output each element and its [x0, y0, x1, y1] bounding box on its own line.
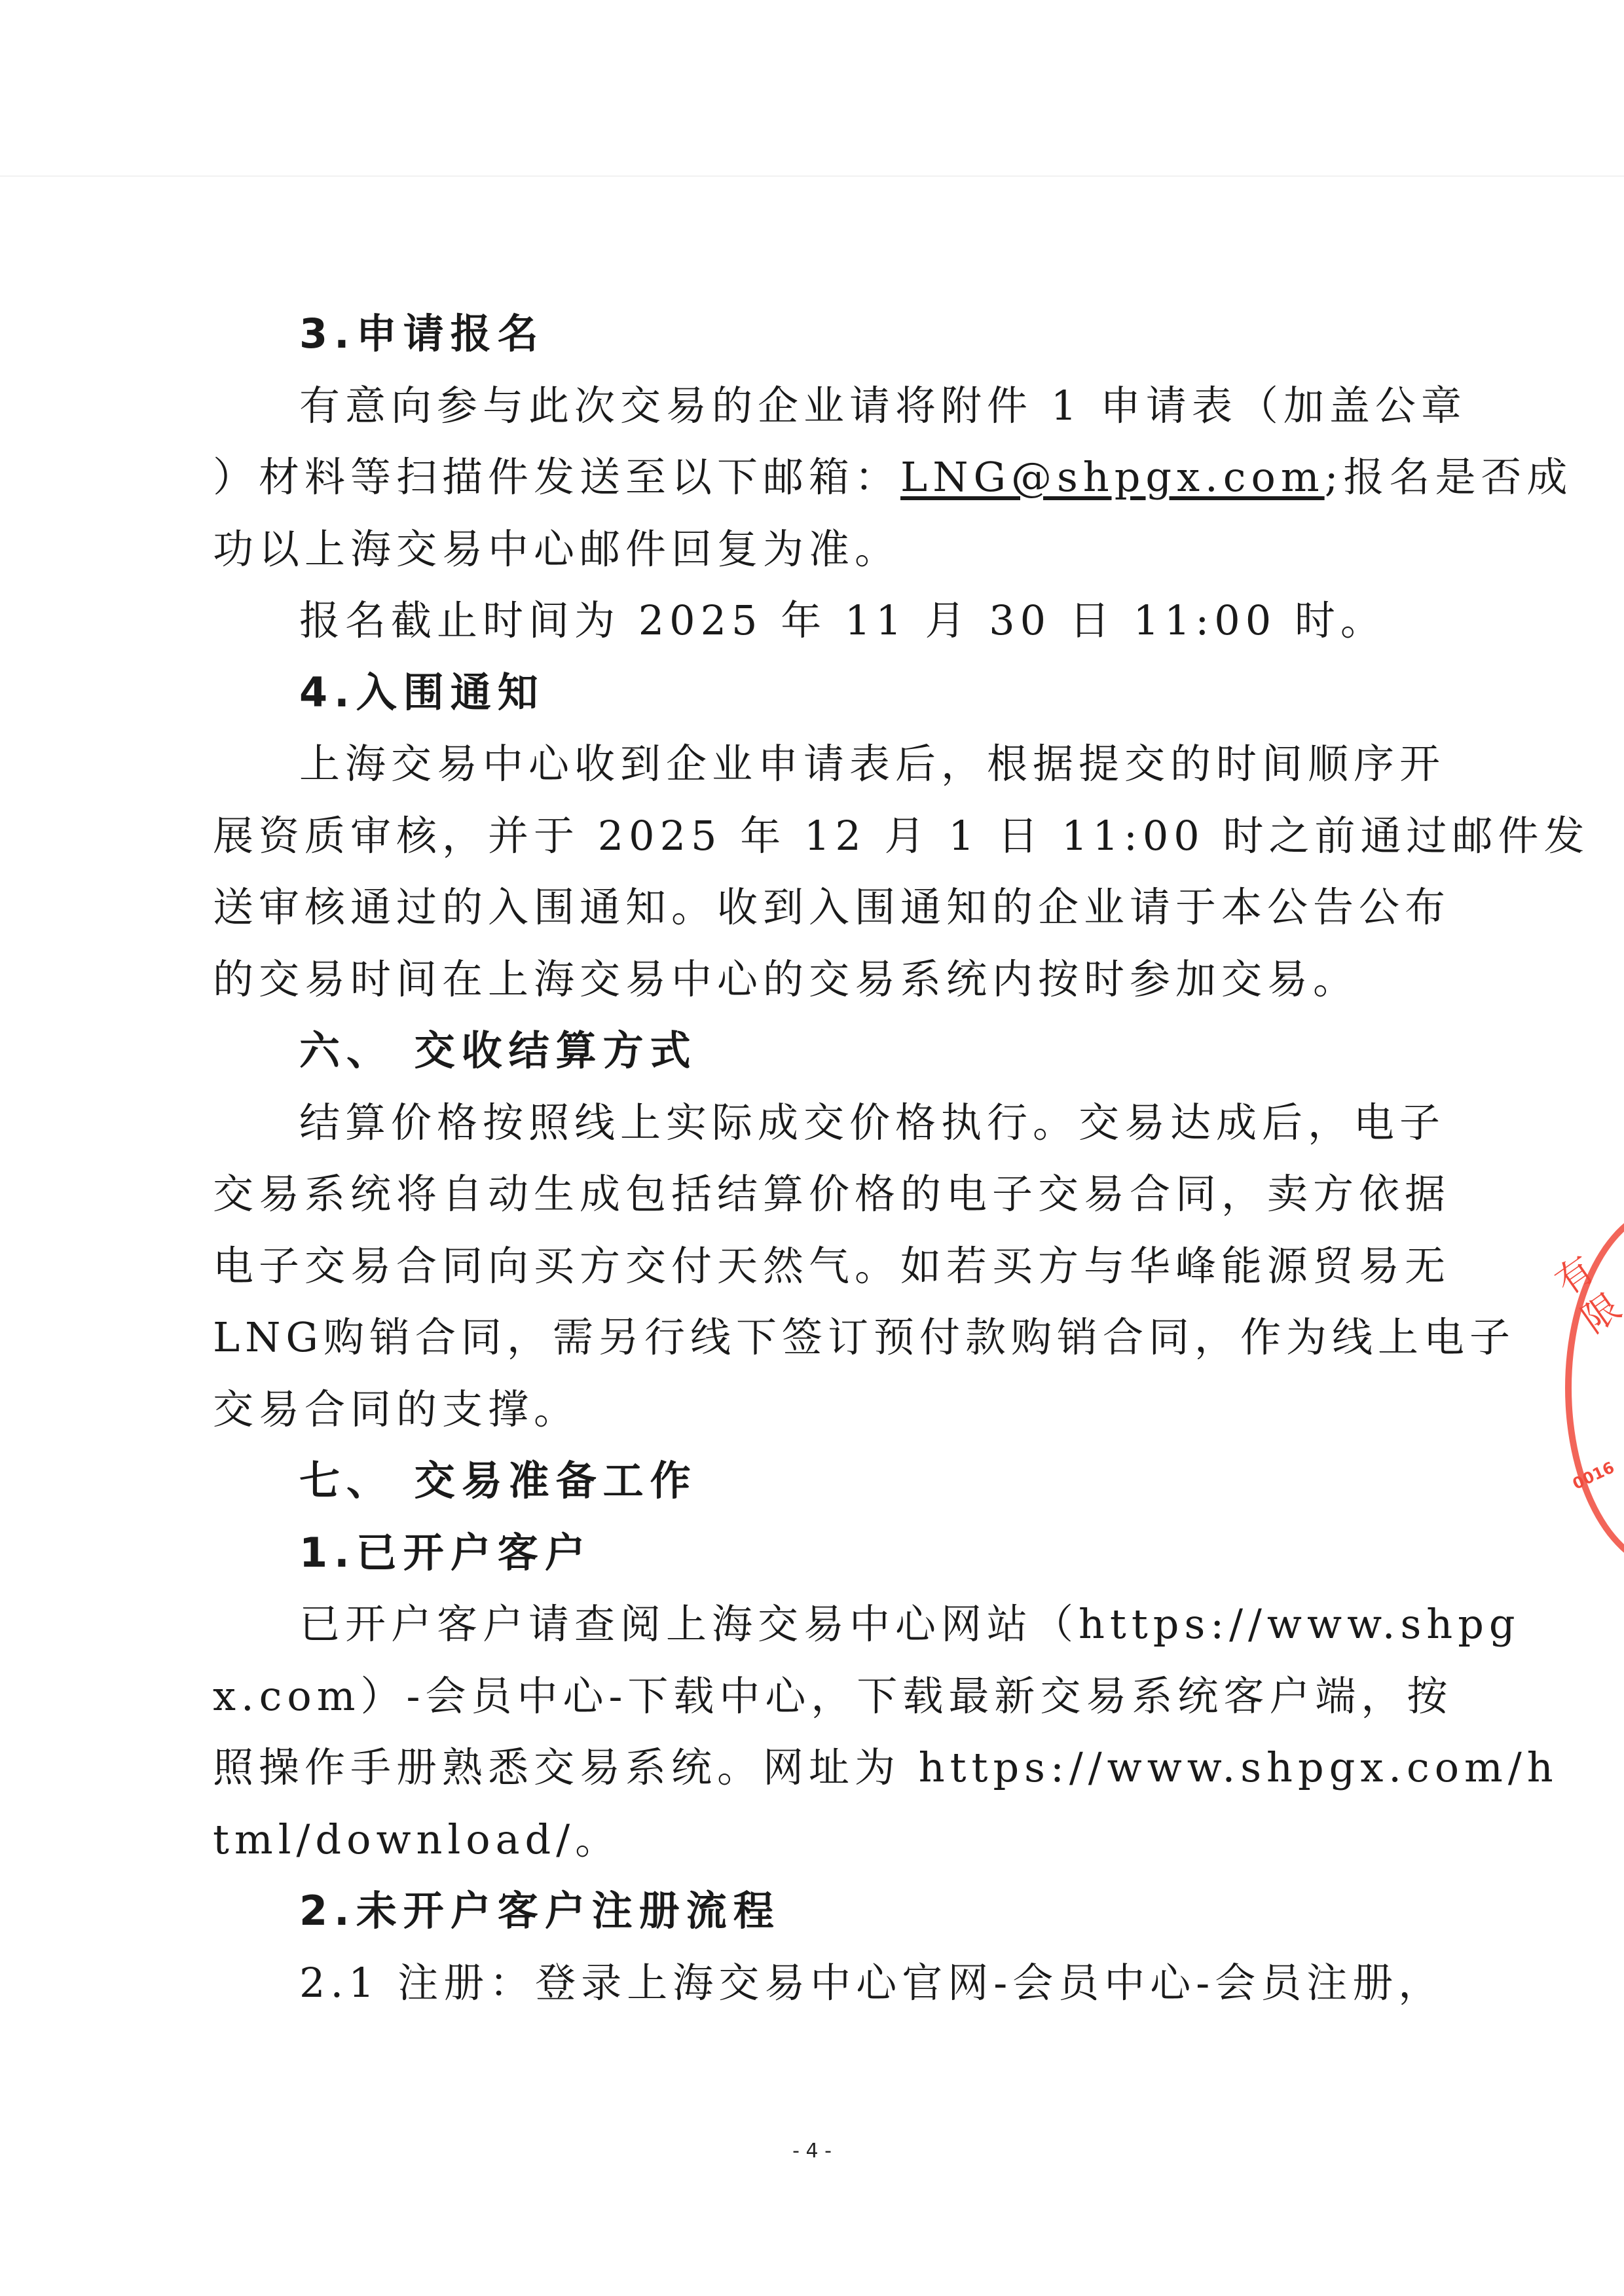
text-before-email: ）材料等扫描件发送至以下邮箱：	[213, 453, 900, 501]
subheading-new-clients: 2.未开户客户注册流程	[213, 1875, 1418, 1947]
paragraph-line: 电子交易合同向买方交付天然气。如若买方与华峰能源贸易无	[213, 1230, 1418, 1302]
paragraph-line: tml/download/。	[213, 1804, 1418, 1876]
paragraph-line: 已开户客户请查阅上海交易中心网站（https://www.shpg	[213, 1588, 1418, 1660]
paragraph-line: 上海交易中心收到企业申请表后，根据提交的时间顺序开	[213, 728, 1418, 800]
document-page: 3.申请报名 有意向参与此次交易的企业请将附件 1 申请表（加盖公章 ）材料等扫…	[0, 0, 1624, 2296]
section-heading-preparation: 七、 交易准备工作	[213, 1445, 1418, 1517]
deadline-line: 报名截止时间为 2025 年 11 月 30 日 11:00 时。	[213, 585, 1418, 657]
paragraph-line: 照操作手册熟悉交易系统。网址为 https://www.shpgx.com/h	[213, 1732, 1418, 1804]
page-number: - 4 -	[0, 2140, 1624, 2162]
paragraph-line: 结算价格按照线上实际成交价格执行。交易达成后，电子	[213, 1087, 1418, 1159]
text-after-email: ;报名是否成	[1325, 453, 1573, 501]
paragraph-line-email: ）材料等扫描件发送至以下邮箱：LNG@shpgx.com;报名是否成	[213, 441, 1418, 513]
paragraph-line: x.com）-会员中心-下载中心，下载最新交易系统客户端，按	[213, 1660, 1418, 1732]
paragraph-line: 交易合同的支撑。	[213, 1374, 1418, 1446]
scan-artifact-line	[0, 175, 1624, 177]
paragraph-line: 功以上海交易中心邮件回复为准。	[213, 513, 1418, 585]
paragraph-line: 2.1 注册：登录上海交易中心官网-会员中心-会员注册，	[213, 1947, 1418, 2019]
document-body: 3.申请报名 有意向参与此次交易的企业请将附件 1 申请表（加盖公章 ）材料等扫…	[213, 298, 1418, 2018]
section-heading-apply: 3.申请报名	[213, 298, 1418, 370]
paragraph-line: 送审核通过的入围通知。收到入围通知的企业请于本公告公布	[213, 871, 1418, 943]
section-heading-shortlist: 4.入围通知	[213, 657, 1418, 729]
paragraph-line: 的交易时间在上海交易中心的交易系统内按时参加交易。	[213, 943, 1418, 1015]
paragraph-line: 展资质审核，并于 2025 年 12 月 1 日 11:00 时之前通过邮件发	[213, 800, 1418, 872]
paragraph-line: 交易系统将自动生成包括结算价格的电子交易合同，卖方依据	[213, 1158, 1418, 1230]
email-link[interactable]: LNG@shpgx.com	[900, 453, 1325, 501]
section-heading-settlement: 六、 交收结算方式	[213, 1015, 1418, 1087]
subheading-existing-clients: 1.已开户客户	[213, 1517, 1418, 1589]
paragraph-line: 有意向参与此次交易的企业请将附件 1 申请表（加盖公章	[213, 370, 1418, 442]
paragraph-line: LNG购销合同，需另行线下签订预付款购销合同，作为线上电子	[213, 1302, 1418, 1374]
